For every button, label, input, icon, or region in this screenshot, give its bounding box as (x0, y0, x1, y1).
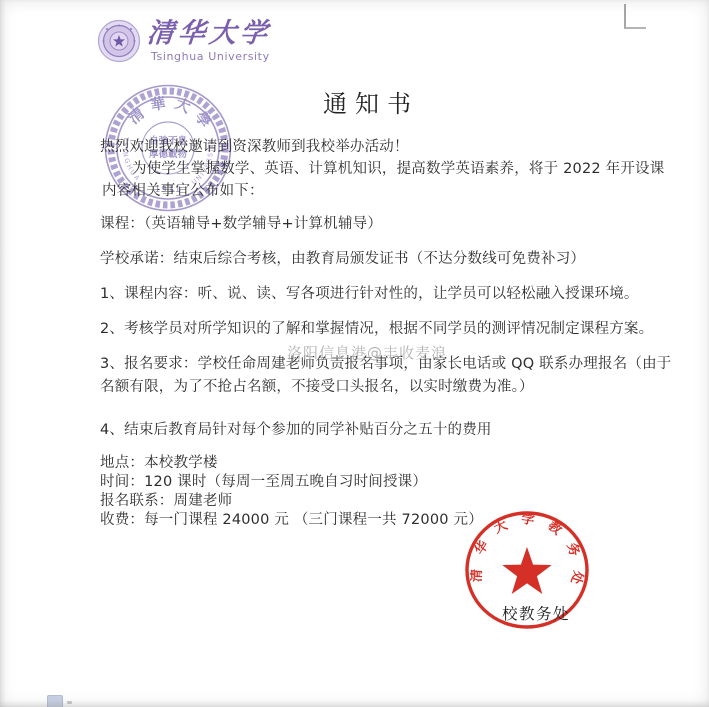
item-3-line-2: 名额有限，为了不抢占名额，不接受口头报名，以实时缴费为准。） (100, 379, 534, 396)
tsinghua-emblem-icon (97, 19, 141, 63)
site-watermark: 洛阳信息港@丰收麦浪 (287, 342, 447, 363)
notice-intro-line: 热烈欢迎我校邀请到资深教师到我校举办活动！ (100, 139, 409, 156)
course-line: 课程：（英语辅导+数学辅导+计算机辅导） (100, 216, 382, 233)
svg-text:清華大學: 清華大學 (125, 93, 219, 137)
item-1: 1、课程内容：听、说、读、写各项进行针对性的，让学员可以轻松融入授课环境。 (100, 286, 639, 303)
scan-edge-shading (0, 0, 6, 707)
seal-star-icon (502, 547, 551, 594)
university-name-en: Tsinghua University (147, 50, 271, 63)
scanned-notice-document: 清华大学 Tsinghua University 清華大學 TSINGHUA U… (0, 0, 709, 707)
seal-arc-text: 清華大學 (125, 93, 219, 137)
detail-fee: 收费：每一门课程 24000 元 （三门课程一共 72000 元） (100, 512, 483, 529)
scan-corner-mark (624, 4, 646, 29)
page-title: 通知书 (323, 84, 419, 119)
notice-intro-line: 内容相关事宜公布如下： (102, 183, 264, 200)
promise-line: 学校承诺：结束后综合考核，由教育局颁发证书（不达分数线可免费补习） (100, 251, 585, 268)
item-4: 4、结束后教育局针对每个参加的同学补贴百分之五十的费用 (100, 422, 492, 439)
scan-edge-shading (0, 700, 709, 707)
seal-office-label: 校教务处 (502, 602, 570, 624)
detail-location: 地点：本校教学楼 (100, 455, 218, 472)
scan-artifact-icon (47, 695, 63, 707)
item-2: 2、考核学员对所学知识的了解和掌握情况，根据不同学员的测评情况制定课程方案。 (100, 321, 653, 338)
university-name-zh: 清华大学 (146, 19, 273, 49)
detail-time: 时间：120 课时（每周一至周五晚自习时间授课） (100, 474, 427, 491)
scan-artifact-dash (67, 701, 72, 704)
detail-contact: 报名联系：周建老师 (100, 493, 232, 510)
tsinghua-logo: 清华大学 Tsinghua University (97, 19, 271, 63)
notice-intro-line: 为使学生掌握数学、英语、计算机知识，提高数学英语素养，将于 2022 年开设课 (132, 161, 664, 178)
